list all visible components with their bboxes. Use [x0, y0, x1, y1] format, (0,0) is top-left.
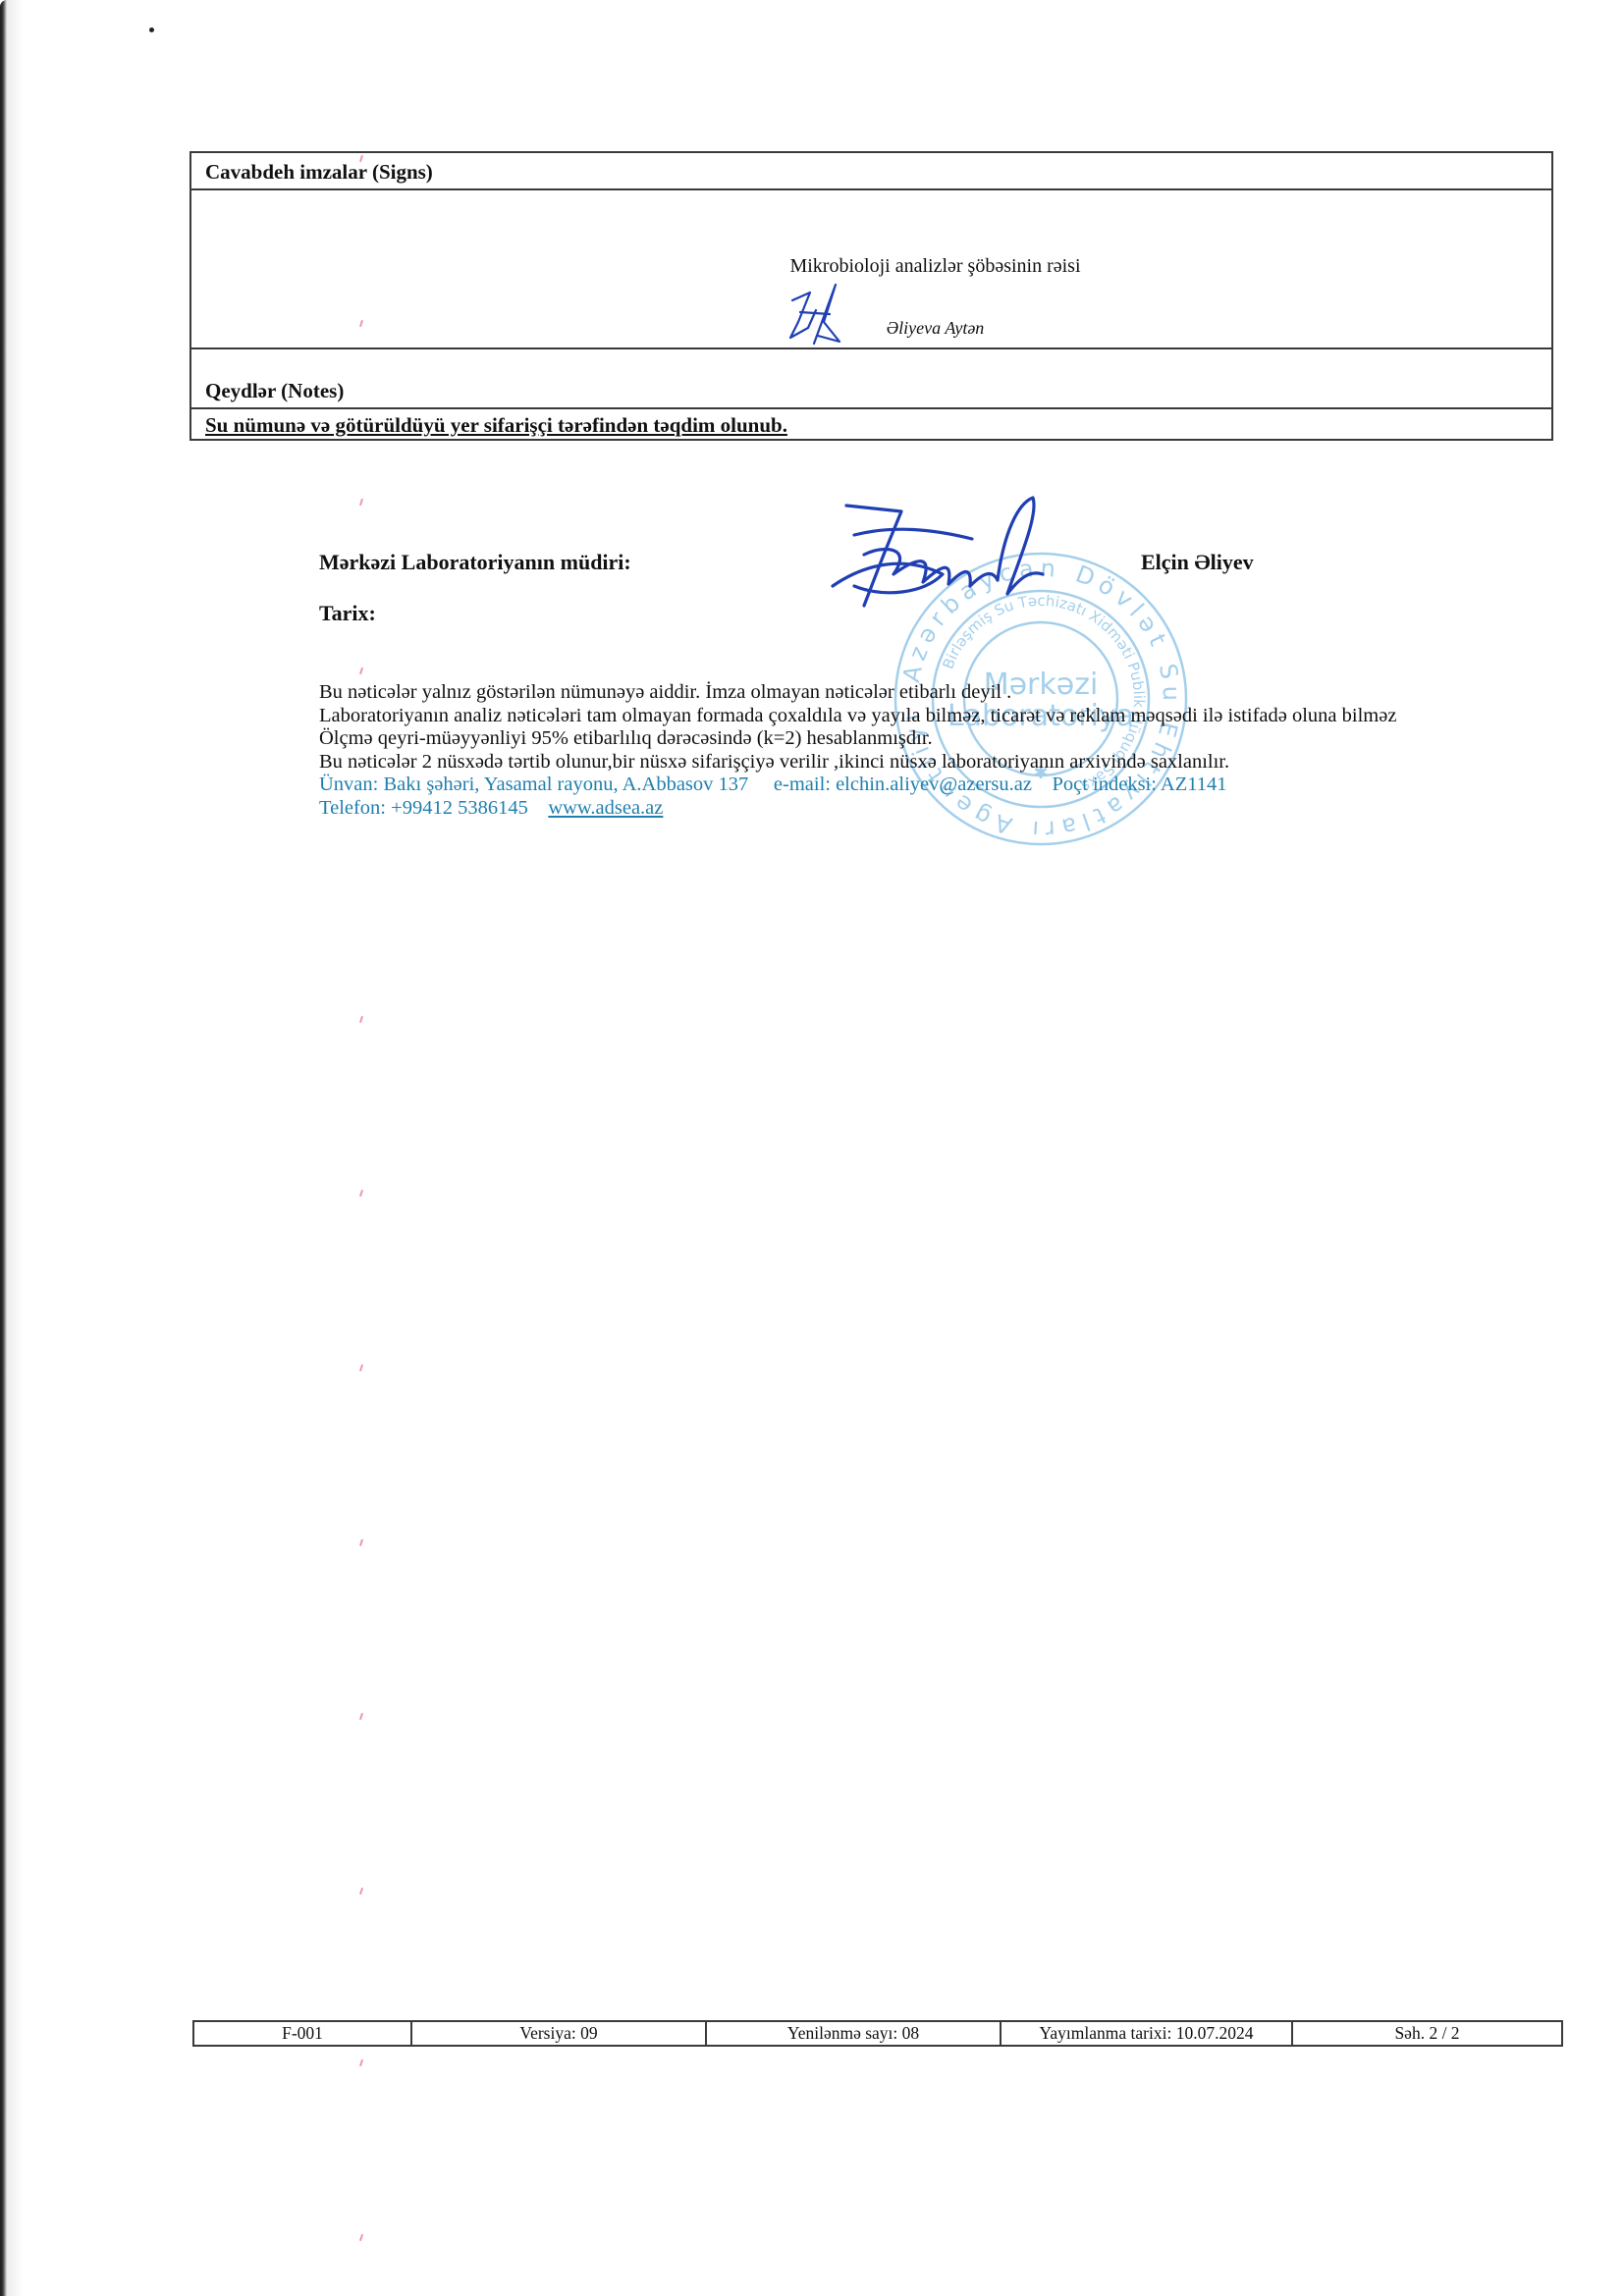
margin-mark [359, 2059, 363, 2066]
signature-row: Mikrobioloji analizlər şöbəsinin rəisi Ə… [191, 190, 1551, 349]
disclaimer-line: Bu nəticələr yalnız göstərilən nümunəyə … [319, 681, 1527, 705]
disclaimer-line: Laboratoriyanın analiz nəticələri tam ol… [319, 705, 1527, 728]
margin-mark [359, 2234, 363, 2241]
signatures-header-row: Cavabdeh imzalar (Signs) [191, 153, 1551, 190]
notes-header-row: Qeydlər (Notes) [191, 349, 1551, 409]
margin-mark [359, 1016, 363, 1023]
director-label: Mərkəzi Laboratoriyanın müdiri: [319, 550, 631, 575]
margin-mark [359, 1539, 363, 1546]
margin-mark [359, 1190, 363, 1197]
signatures-title: Cavabdeh imzalar (Signs) [205, 160, 433, 185]
contact-line-1: Ünvan: Bakı şəhəri, Yasamal rayonu, A.Ab… [319, 774, 1527, 797]
website-link[interactable]: www.adsea.az [548, 797, 663, 819]
signer-name: Əliyeva Aytən [191, 318, 1551, 339]
footer-page-number: Səh. 2 / 2 [1293, 2022, 1561, 2045]
margin-mark [359, 1713, 363, 1720]
contact-phone: Telefon: +99412 5386145 [319, 797, 528, 819]
contact-line-2: Telefon: +99412 5386145 www.adsea.az [319, 797, 1527, 821]
margin-mark [359, 1364, 363, 1371]
disclaimer-line: Bu nəticələr 2 nüsxədə tərtib olunur,bir… [319, 751, 1527, 774]
handwritten-signature-2 [825, 496, 1060, 614]
signer-role: Mikrobioloji analizlər şöbəsinin rəisi [191, 255, 1551, 278]
date-label: Tarix: [319, 601, 376, 626]
notes-text: Su nümunə və götürüldüyü yer sifarişçi t… [205, 413, 787, 438]
contact-email[interactable]: e-mail: elchin.aliyev@azersu.az [774, 774, 1032, 795]
scan-speck [149, 27, 154, 32]
contact-address: Ünvan: Bakı şəhəri, Yasamal rayonu, A.Ab… [319, 774, 748, 795]
notes-row: Su nümunə və götürüldüyü yer sifarişçi t… [191, 409, 1551, 439]
signatures-notes-table: Cavabdeh imzalar (Signs) Mikrobioloji an… [189, 151, 1553, 441]
disclaimer-block: Bu nəticələr yalnız göstərilən nümunəyə … [319, 681, 1527, 820]
notes-title: Qeydlər (Notes) [205, 379, 344, 403]
disclaimer-line: Ölçmə qeyri-müəyyənliyi 95% etibarlılıq … [319, 727, 1527, 751]
margin-mark [359, 499, 363, 506]
handwritten-signature-1 [781, 283, 859, 347]
scan-edge [0, 0, 7, 2296]
footer-publish-date: Yayımlanma tarixi: 10.07.2024 [1001, 2022, 1293, 2045]
scan-shadow [7, 0, 23, 2296]
margin-mark [359, 1888, 363, 1895]
footer-revision-count: Yenilənmə sayı: 08 [707, 2022, 1001, 2045]
footer-version: Versiya: 09 [412, 2022, 707, 2045]
contact-postal: Poçt indeksi: AZ1141 [1052, 774, 1226, 795]
footer-form-code: F-001 [194, 2022, 412, 2045]
document-footer-table: F-001 Versiya: 09 Yenilənmə sayı: 08 Yay… [192, 2020, 1563, 2047]
margin-mark [359, 667, 363, 674]
